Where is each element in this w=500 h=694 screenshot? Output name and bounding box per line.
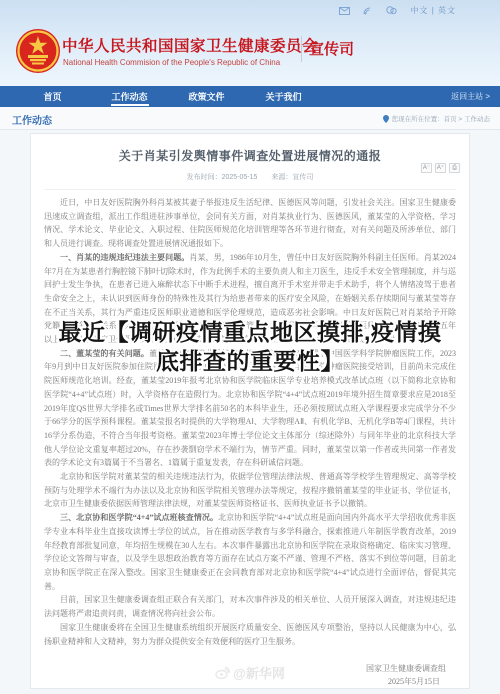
title-rule <box>44 189 456 190</box>
section-title: 工作动态 <box>12 112 52 127</box>
caption-overlay: 最近【调研疫情重点地区摸排,疫情摸 底排查的重要性】 <box>0 318 500 375</box>
utility-bar: 中文 | 英文 <box>339 5 456 16</box>
article-paragraph: 国家卫生健康委将在全国卫生健康系统组织开展医疗质量安全、医德医风专项整治，坚持以… <box>44 621 456 648</box>
article-paragraph: 目前，国家卫生健康委调查组正联合有关部门，对本次事件涉及的相关单位、人员开展深入… <box>44 593 456 620</box>
mail-icon[interactable] <box>339 7 350 15</box>
breadcrumb-text: 您现在所在位置：首页 > 工作动态 <box>392 114 490 123</box>
article-card: 关于肖某引发舆情事件调查处置进展情况的通报 发布时间：2025-05-15 来源… <box>30 133 470 689</box>
breadcrumb[interactable]: 您现在所在位置：首页 > 工作动态 <box>383 114 490 123</box>
article-body: 近日，中日友好医院胸外科肖某被其妻子举报违反生活纪律、医德医风等问题，引发社会关… <box>44 196 456 648</box>
nav-item-label: 首页 <box>43 90 61 103</box>
nav-item[interactable]: 关于我们 <box>245 86 322 107</box>
back-to-main-site-link[interactable]: 返回主站 > <box>451 86 490 107</box>
paragraph-text: 近日，中日友好医院胸外科肖某被其妻子举报违反生活纪律、医德医风等问题，引发社会关… <box>44 198 456 248</box>
paragraph-text: 目前，国家卫生健康委调查组正联合有关部门，对本次事件涉及的相关单位、人员开展深入… <box>44 595 456 618</box>
publish-time: 发布时间：2025-05-15 <box>187 174 258 181</box>
location-pin-icon <box>383 115 389 123</box>
paragraph-text: 北京协和医学院“4+4”试点班是面向国内外高水平大学招收优秀非医学专业本科毕业生… <box>44 513 456 591</box>
paragraph-text: 国家卫生健康委将在全国卫生健康系统组织开展医疗质量安全、医德医风专项整治，坚持以… <box>44 623 456 646</box>
print-button[interactable]: ⎙ <box>449 163 460 173</box>
nav-item[interactable]: 首页 <box>14 86 91 107</box>
font-increase-button[interactable]: A⁺ <box>435 163 446 173</box>
article-paragraph: 近日，中日友好医院胸外科肖某被其妻子举报违反生活纪律、医德医风等问题，引发社会关… <box>44 196 456 251</box>
weibo-logo-icon <box>215 666 230 679</box>
font-decrease-button[interactable]: A⁻ <box>421 163 432 173</box>
breadcrumb-row: 工作动态 您现在所在位置：首页 > 工作动态 <box>0 107 500 130</box>
department-name: 宣传司 <box>309 38 354 59</box>
main-nav: 首页 工作动态 政策文件 关于我们 <box>0 86 500 107</box>
article-source: 来源：宣传司 <box>271 174 313 181</box>
nav-item[interactable]: 工作动态 <box>91 86 168 107</box>
wireless-icon[interactable] <box>363 6 373 15</box>
paragraph-lead: 三、北京协和医学院“4+4”试点班核查情况。 <box>60 513 218 522</box>
article-toolbar: A⁻ A⁺ ⎙ <box>421 163 460 173</box>
paragraph-lead: 一、肖某的违规违纪违法主要问题。 <box>60 253 189 262</box>
watermark-text: @新华网 <box>233 663 285 682</box>
nav-item-label: 政策文件 <box>188 90 224 103</box>
nav-item-label: 关于我们 <box>265 90 301 103</box>
article-paragraph: 三、北京协和医学院“4+4”试点班核查情况。北京协和医学院“4+4”试点班是面向… <box>44 511 456 593</box>
nav-item-label: 工作动态 <box>111 90 147 103</box>
caption-line-2: 底排查的重要性】 <box>0 347 500 376</box>
national-emblem <box>15 28 61 74</box>
nhc-webpage: 中文 | 英文 中华人民共和国国家卫生健康委员会 National Health… <box>0 0 500 694</box>
watermark: @新华网 <box>0 663 500 682</box>
language-switch[interactable]: 中文 | 英文 <box>410 5 456 16</box>
article-title: 关于肖某引发舆情事件调查处置进展情况的通报 <box>44 147 456 164</box>
paragraph-text: 北京协和医学院对董某莹的相关违规违法行为，依据学位管理法律法规、普通高等学校学生… <box>44 472 456 508</box>
title-divider <box>301 36 302 62</box>
site-title: 中华人民共和国国家卫生健康委员会 <box>62 34 318 56</box>
article-meta: 发布时间：2025-05-15 来源：宣传司 <box>44 172 456 182</box>
nav-item[interactable]: 政策文件 <box>168 86 245 107</box>
caption-line-1: 最近【调研疫情重点地区摸排,疫情摸 <box>0 318 500 347</box>
chat-icon[interactable] <box>386 6 397 15</box>
article-paragraph: 北京协和医学院对董某莹的相关违规违法行为，依据学位管理法律法规、普通高等学校学生… <box>44 470 456 511</box>
site-subtitle: National Health Commision of the People'… <box>63 58 280 67</box>
